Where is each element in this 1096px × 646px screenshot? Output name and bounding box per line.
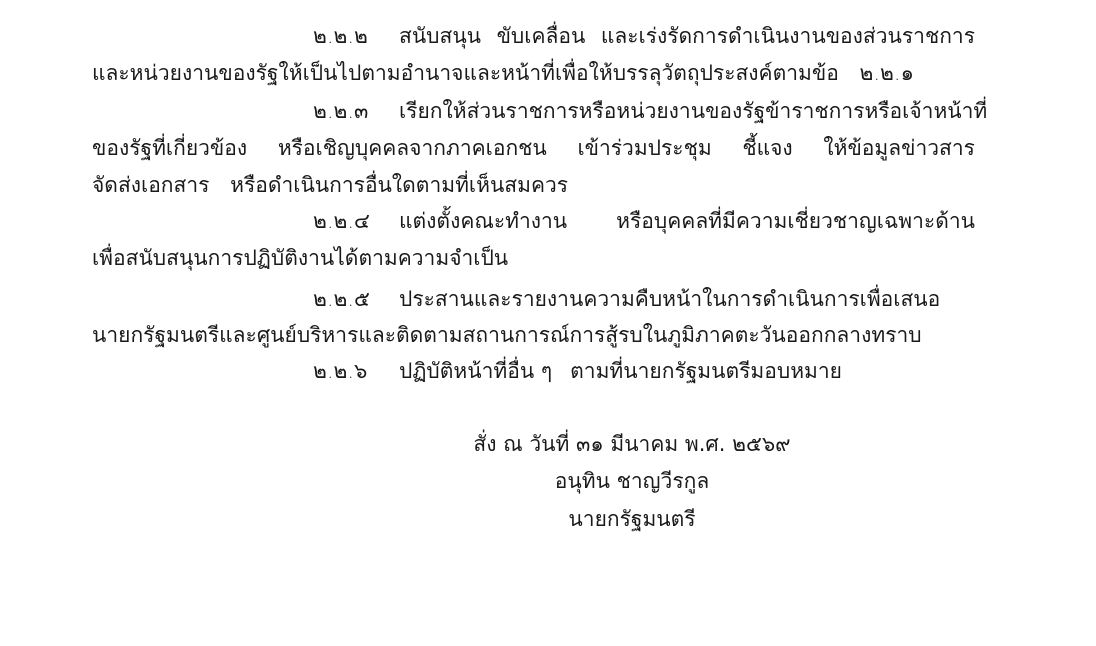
text-segment: เข้าร่วมประชุม bbox=[577, 134, 711, 162]
paragraph-2-2-5-first-line: ๒.๒.๕ ประสานและรายงานความคืบหน้าในการดำเ… bbox=[313, 285, 975, 313]
signatory-title: นายกรัฐมนตรี bbox=[84, 505, 1096, 533]
document-page: ๒.๒.๒ สนับสนุน ขับเคลื่อน และเร่งรัดการด… bbox=[0, 0, 1096, 646]
text-segment: ให้ข้อมูลข่าวสาร bbox=[823, 134, 975, 162]
text-segment: สนับสนุน bbox=[399, 22, 481, 50]
text-segment: หรือบุคคลที่มีความเชี่ยวชาญเฉพาะด้าน bbox=[616, 207, 975, 235]
text-segment: ปฏิบัติหน้าที่อื่น ๆ bbox=[399, 357, 552, 385]
paragraph-number: ๒.๒.๕ bbox=[313, 285, 399, 313]
paragraph-2-2-4-continuation: เพื่อสนับสนุนการปฏิบัติงานได้ตามความจำเป… bbox=[92, 244, 975, 272]
paragraph-2-2-5-continuation: นายกรัฐมนตรีและศูนย์บริหารและติดตามสถานก… bbox=[92, 321, 975, 349]
text-segment: เรียกให้ส่วนราชการหรือหน่วยงานของรัฐ bbox=[399, 97, 765, 125]
signature-date-line: สั่ง ณ วันที่ ๓๑ มีนาคม พ.ศ. ๒๕๖๙ bbox=[84, 430, 1096, 458]
paragraph-2-2-6-first-line: ๒.๒.๖ ปฏิบัติหน้าที่อื่น ๆ ตามที่นายกรัฐ… bbox=[313, 357, 975, 385]
paragraph-2-2-2-first-line: ๒.๒.๒ สนับสนุน ขับเคลื่อน และเร่งรัดการด… bbox=[313, 22, 975, 50]
text-segment: นายกรัฐมนตรีและศูนย์บริหารและติดตามสถานก… bbox=[92, 321, 922, 349]
signatory-name: อนุทิน ชาญวีรกูล bbox=[84, 467, 1096, 495]
text-segment: ของรัฐที่เกี่ยวข้อง bbox=[92, 134, 247, 162]
text-segment: หรือเชิญบุคคลจากภาคเอกชน bbox=[278, 134, 547, 162]
paragraph-2-2-2-continuation: และหน่วยงานของรัฐให้เป็นไปตามอำนาจและหน้… bbox=[92, 59, 975, 87]
text-segment: เพื่อสนับสนุนการปฏิบัติงานได้ตามความจำเป… bbox=[92, 244, 508, 272]
paragraph-2-2-3-continuation-1: ของรัฐที่เกี่ยวข้อง หรือเชิญบุคคลจากภาคเ… bbox=[92, 134, 975, 162]
paragraph-2-2-3-continuation-2: จัดส่งเอกสาร หรือดำเนินการอื่นใดตามที่เห… bbox=[92, 171, 975, 199]
paragraph-2-2-3-first-line: ๒.๒.๓ เรียกให้ส่วนราชการหรือหน่วยงานของร… bbox=[313, 97, 975, 125]
text-segment: หรือดำเนินการอื่นใดตามที่เห็นสมควร bbox=[230, 171, 568, 199]
text-segment: ตามที่นายกรัฐมนตรีมอบหมาย bbox=[570, 357, 842, 385]
paragraph-number: ๒.๒.๔ bbox=[313, 207, 399, 235]
text-segment: หรือเจ้าหน้าที่ bbox=[864, 97, 987, 125]
text-segment: ขับเคลื่อน bbox=[497, 22, 586, 50]
paragraph-number: ๒.๒.๖ bbox=[313, 357, 399, 385]
text-segment: ชี้แจง bbox=[742, 134, 792, 162]
text-segment: ๒.๒.๑ bbox=[860, 59, 914, 87]
paragraph-number: ๒.๒.๓ bbox=[313, 97, 399, 125]
paragraph-2-2-4-first-line: ๒.๒.๔ แต่งตั้งคณะทำงาน หรือบุคคลที่มีควา… bbox=[313, 207, 975, 235]
text-segment: และเร่งรัดการดำเนินงานของส่วนราชการ bbox=[601, 22, 975, 50]
text-segment: ประสานและรายงานความคืบหน้าในการดำเนินการ… bbox=[399, 285, 940, 313]
text-segment: และหน่วยงานของรัฐให้เป็นไปตามอำนาจและหน้… bbox=[92, 59, 839, 87]
paragraph-number: ๒.๒.๒ bbox=[313, 22, 399, 50]
text-segment: จัดส่งเอกสาร bbox=[92, 171, 209, 199]
text-segment: ข้าราชการ bbox=[765, 97, 864, 125]
text-segment: แต่งตั้งคณะทำงาน bbox=[399, 207, 567, 235]
